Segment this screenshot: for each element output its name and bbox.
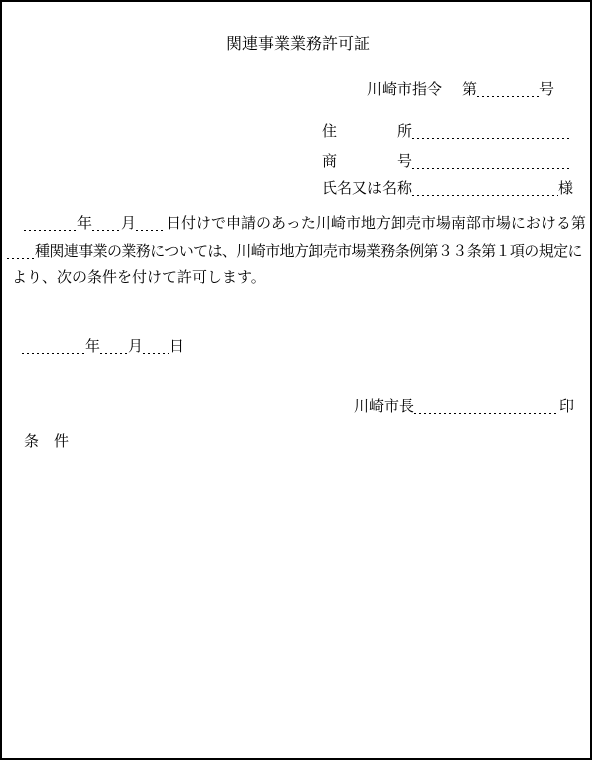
body-line1-text: 日付けで申請のあった川崎市地方卸売市場南部市場における第 [166, 215, 586, 232]
page-border: 関連事業業務許可証 川崎市指令第号 住所 商号 氏名又は名称様 年月日付けで申請… [0, 0, 592, 760]
address-label-left: 住 [322, 123, 337, 140]
directive-issuer-label: 川崎市指令 [367, 81, 442, 98]
trade-label-right: 号 [397, 153, 412, 170]
signature-blank [414, 399, 559, 414]
issue-year-label: 年 [85, 338, 100, 355]
signature-row: 川崎市長印 [354, 398, 574, 415]
application-month-label: 月 [121, 215, 136, 232]
body-paragraph-line-2: 種関連事業の業務については、川崎市地方卸売市場業務条例第３３条第１項の規定に [7, 243, 582, 260]
address-row: 住所 [322, 123, 570, 140]
document-title-row: 関連事業業務許可証 [2, 36, 592, 54]
issue-day-label: 日 [169, 338, 184, 355]
body-line3-text: より、次の条件を付けて許可します。 [12, 269, 266, 286]
directive-number-blank [477, 82, 539, 97]
trade-label-spacer [337, 165, 397, 166]
body-line2-text: 種関連事業の業務については、川崎市地方卸売市場業務条例第３３条第１項の規定に [35, 243, 582, 260]
directive-number-prefix: 第 [462, 81, 477, 98]
body-paragraph-line-3: より、次の条件を付けて許可します。 [12, 269, 266, 286]
application-day-blank [136, 216, 166, 231]
document-title: 関連事業業務許可証 [226, 36, 370, 53]
name-label: 氏名又は名称 [322, 180, 412, 197]
trade-name-blank [412, 154, 570, 169]
issue-date-row: 年月日 [22, 338, 184, 355]
issue-year-blank [22, 339, 85, 354]
application-year-label: 年 [77, 215, 92, 232]
directive-spacer [442, 93, 462, 94]
seal-label: 印 [559, 398, 574, 415]
issue-day-blank [143, 339, 169, 354]
application-year-blank [24, 216, 77, 231]
conditions-heading-row: 条 件 [24, 433, 69, 450]
conditions-heading: 条 件 [24, 433, 69, 450]
directive-number-row: 川崎市指令第号 [367, 81, 554, 98]
mayor-label: 川崎市長 [354, 398, 414, 415]
issue-month-label: 月 [128, 338, 143, 355]
address-blank [412, 124, 570, 139]
trade-name-row: 商号 [322, 153, 570, 170]
name-row: 氏名又は名称様 [322, 180, 573, 197]
address-label-right: 所 [397, 123, 412, 140]
business-class-blank [7, 244, 35, 259]
trade-label-left: 商 [322, 153, 337, 170]
directive-number-suffix: 号 [539, 81, 554, 98]
issue-month-blank [100, 339, 128, 354]
body-paragraph-line-1: 年月日付けで申請のあった川崎市地方卸売市場南部市場における第 [24, 215, 586, 232]
application-month-blank [92, 216, 121, 231]
address-label-spacer [337, 135, 397, 136]
name-blank [412, 181, 558, 196]
honorific-label: 様 [558, 180, 573, 197]
